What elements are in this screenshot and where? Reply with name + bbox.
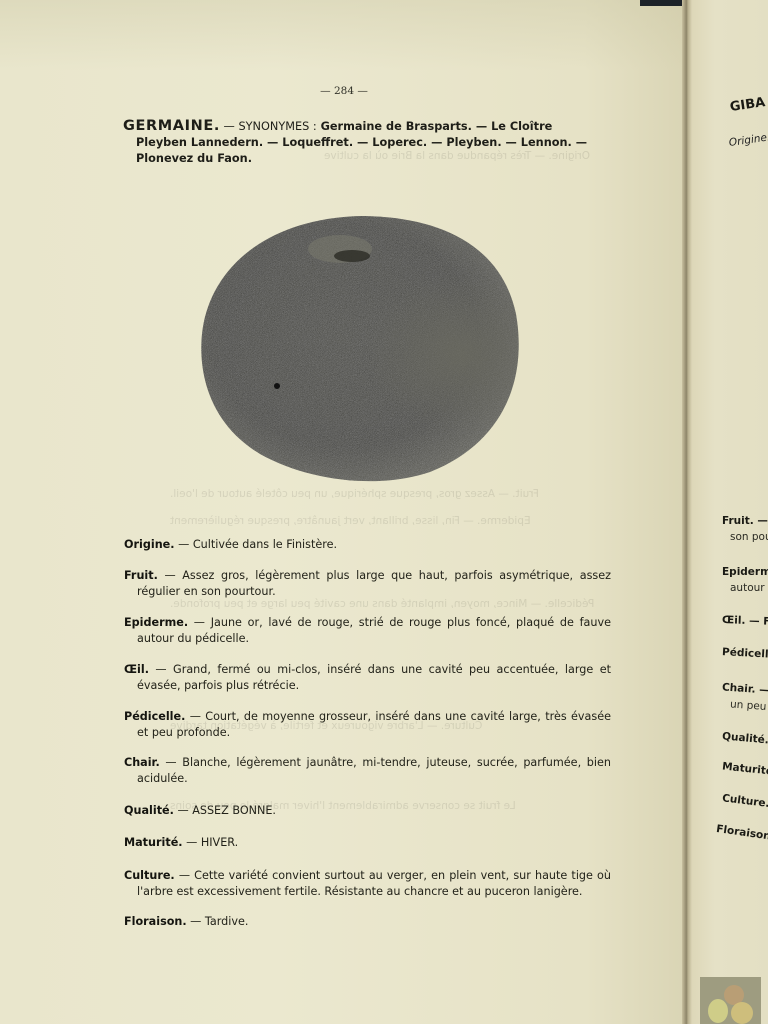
entry-text: — Tardive. [187,915,249,928]
entry-label: Maturité. [124,836,183,849]
right-entry-sub: son pou [730,531,768,543]
right-entry-label: Qualité. — [722,730,768,747]
right-entry-label: Epiderme. [722,566,768,578]
right-entry-label: Fruit. — F [722,515,768,527]
watermark-thumbnail [700,977,761,1024]
right-page: GIBA Origine. Fruit. — F son pou Epiderm… [692,0,768,1024]
entry-qualite: Qualité. — ASSEZ BONNE. [124,803,611,819]
show-through-text: Epiderme. — Fin, lisse, brillant, vert j… [170,515,531,527]
variety-title: GERMAINE. [123,118,220,134]
apple-illustration [200,214,520,484]
entry-text: — Cultivée dans le Finistère. [175,538,338,551]
synonyms-line-2: Pleyben Lannedern. — Loqueffret. — Loper… [123,135,595,151]
entry-label: Epiderme. [124,616,188,629]
entry-origine: Origine. — Cultivée dans le Finistère. [124,537,611,553]
entry-text: — HIVER. [183,836,239,849]
entry-epiderme: Epiderme. — Jaune or, lavé de rouge, str… [124,615,611,646]
entry-label: Qualité. [124,804,174,817]
synonyms-line-1: Germaine de Brasparts. — Le Cloître [317,120,553,133]
entry-maturite: Maturité. — HIVER. [124,835,611,851]
entry-culture: Culture. — Cette variété convient surtou… [124,868,611,899]
entry-fruit: Fruit. — Assez gros, légèrement plus lar… [124,568,611,599]
entry-label: Œil. [124,663,149,676]
right-entry-sub: un peu g [730,698,768,713]
right-entry-label: Maturité. — [722,760,768,779]
entry-chair: Chair. — Blanche, légèrement jaunâtre, m… [124,755,611,786]
entry-text: — Grand, fermé ou mi-clos, inséré dans u… [137,663,611,692]
entry-text: — Jaune or, lavé de rouge, strié de roug… [137,616,611,645]
show-through-text: Pédicelle. — Mince, moyen, implanté dans… [170,598,594,610]
synonyms-line-3: Plonevez du Faon. [123,151,595,167]
right-entry-label: Pédicelle. — [722,646,768,662]
entry-label: Culture. [124,869,175,882]
right-entry-label: Floraison. — [716,823,768,845]
header-dash: — [220,120,238,133]
right-page-origine: Origine. [728,131,768,149]
page-number: — 284 — [0,85,688,97]
entry-text: — Court, de moyenne grosseur, inséré dan… [137,710,611,739]
entry-label: Floraison. [124,915,187,928]
synonyms-label: SYNONYMES : [238,120,316,133]
right-entry-label: Chair. — [722,681,768,696]
right-page-title: GIBA [729,95,766,115]
entry-label: Origine. [124,538,175,551]
show-through-text: Fruit. — Assez gros, presque sphérique, … [170,488,539,500]
right-entry-sub: autour c [730,582,768,594]
entry-label: Pédicelle. [124,710,185,723]
entry-text: — Cette variété convient surtout au verg… [137,869,611,898]
fruit-photo-icon [700,977,761,1024]
entry-pedicelle: Pédicelle. — Court, de moyenne grosseur,… [124,709,611,740]
right-entry-label: Culture. — [721,792,768,811]
entry-text: — Assez gros, légèrement plus large que … [137,569,611,598]
entry-label: Chair. [124,756,160,769]
entry-text: — ASSEZ BONNE. [174,804,276,817]
variety-header: GERMAINE. — SYNONYMES : Germaine de Bras… [123,118,595,167]
entry-label: Fruit. [124,569,158,582]
apple-icon [200,214,520,484]
right-entry-label: Œil. — Fe [722,614,768,628]
entry-floraison: Floraison. — Tardive. [124,914,611,930]
entry-oeil: Œil. — Grand, fermé ou mi-clos, inséré d… [124,662,611,693]
entry-text: — Blanche, légèrement jaunâtre, mi-tendr… [137,756,611,785]
book-gutter [682,0,692,1024]
